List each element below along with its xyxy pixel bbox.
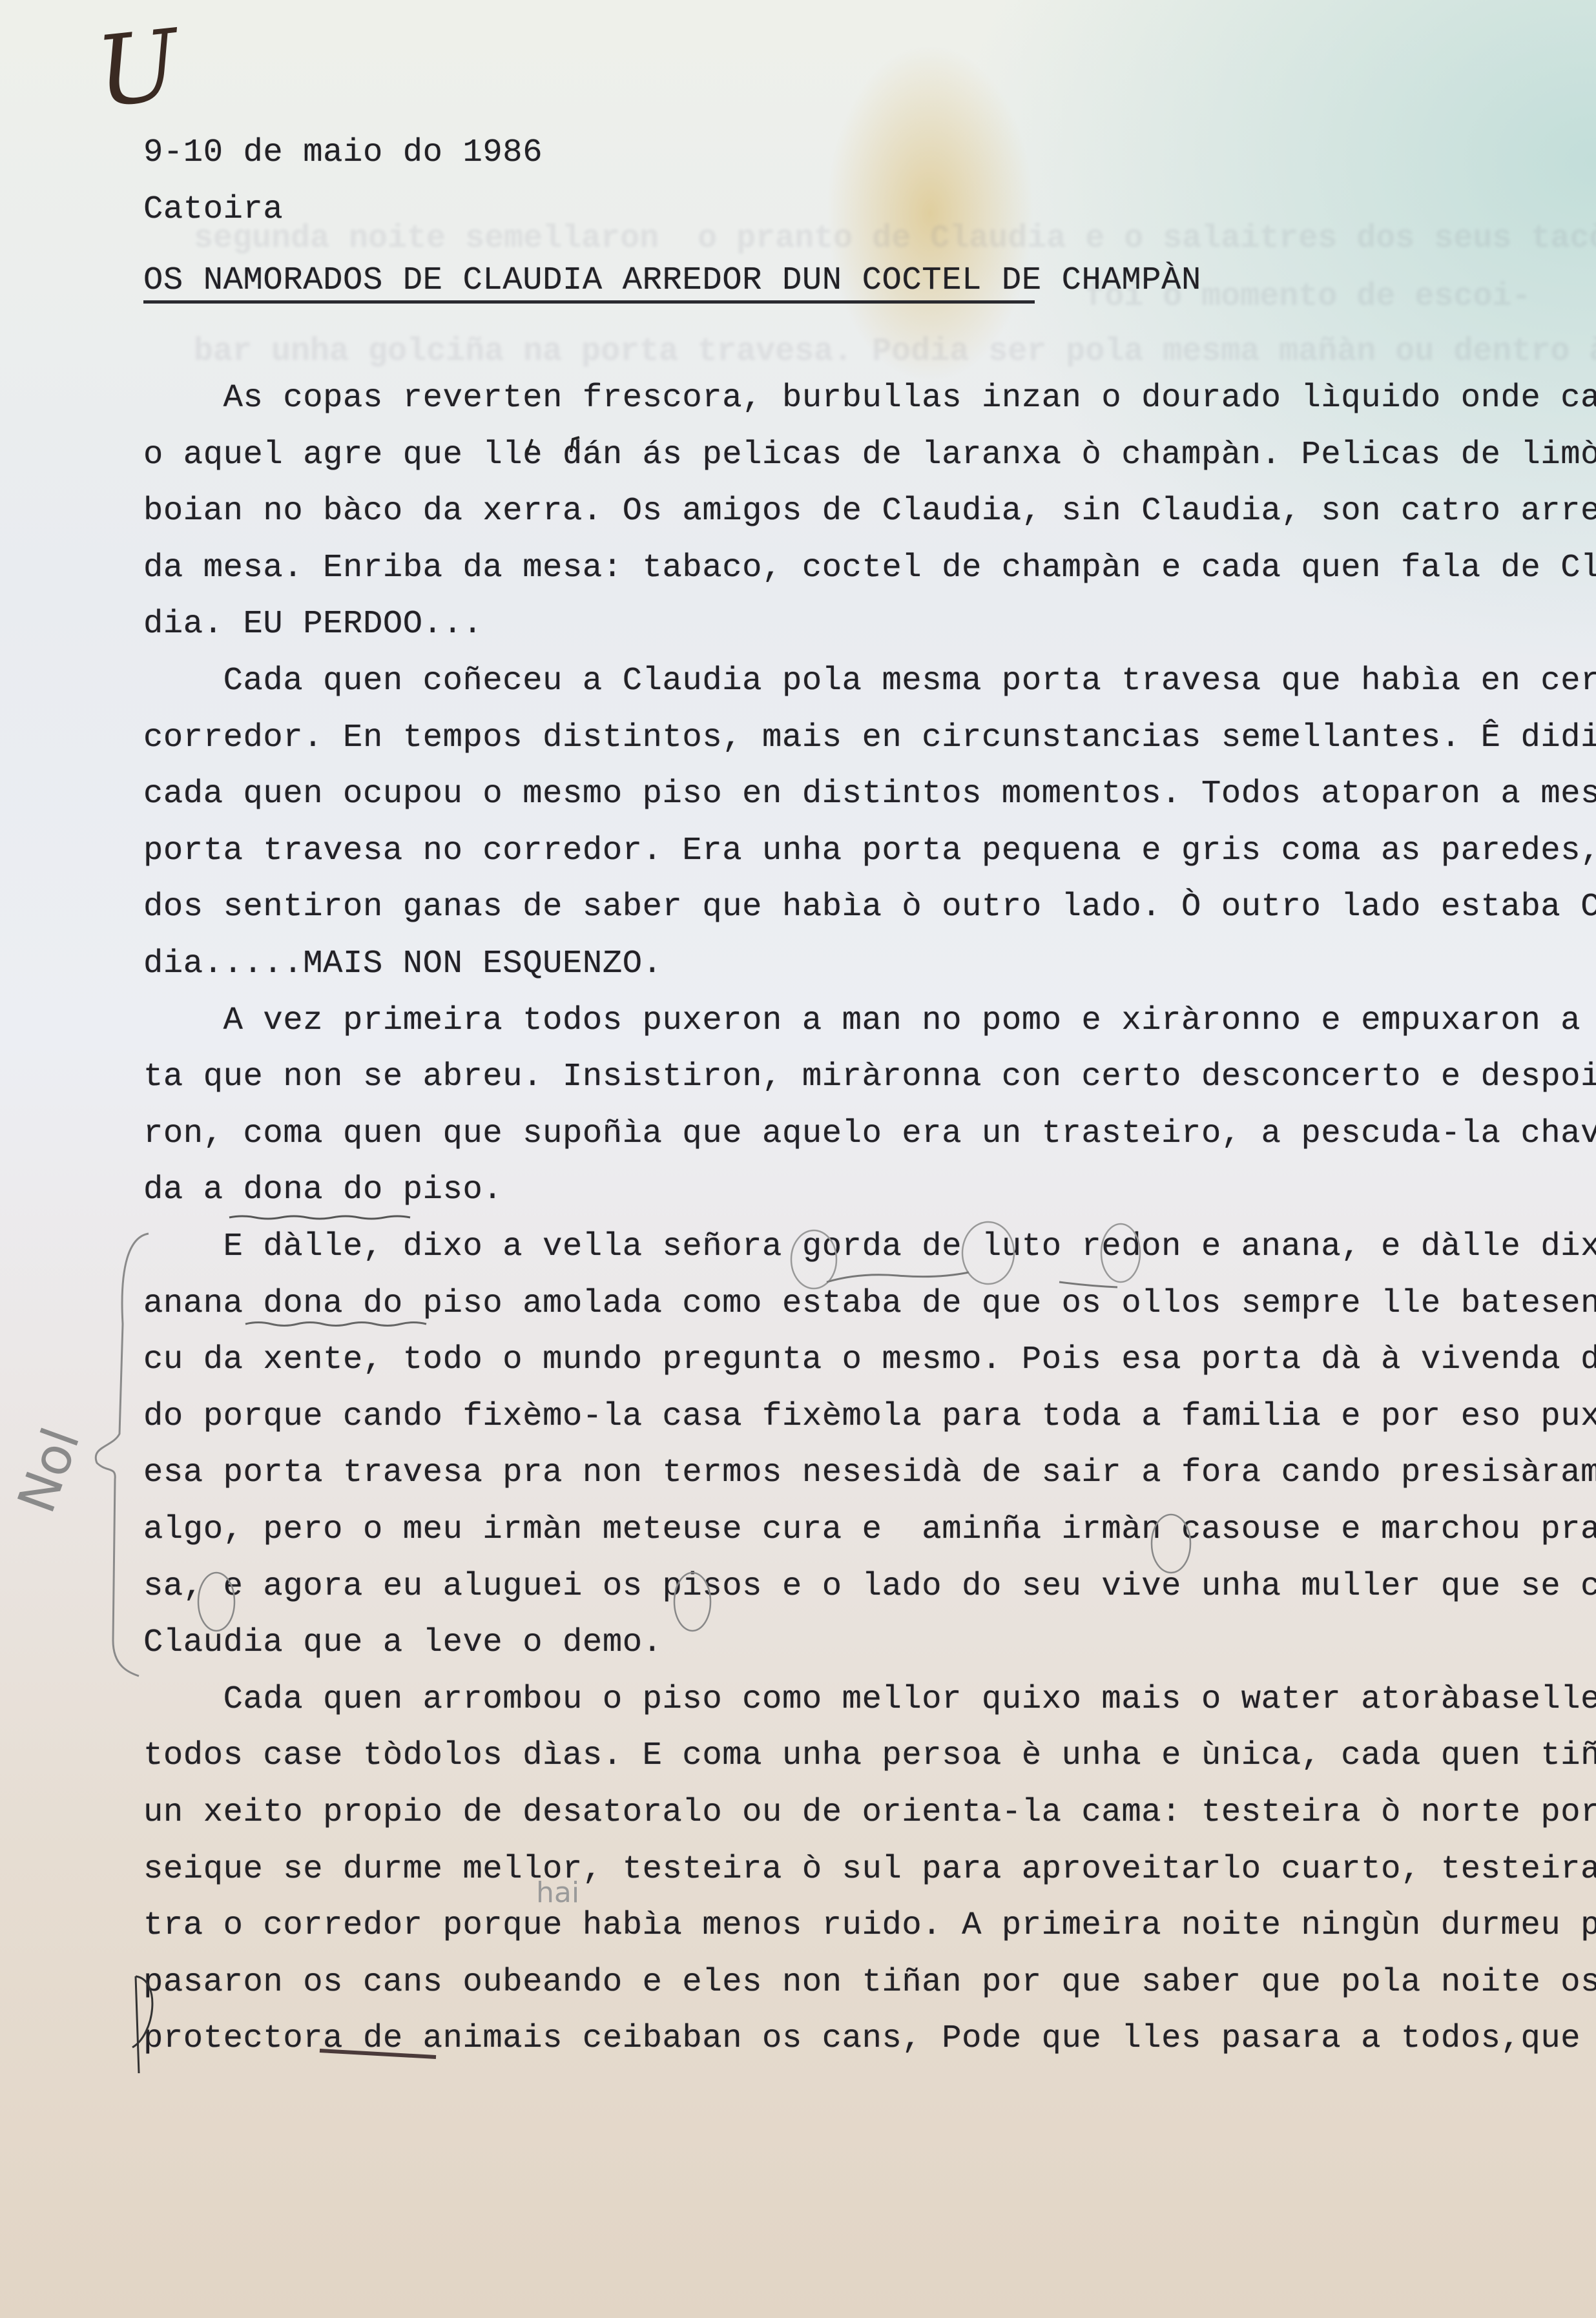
text-line: dos sentiron ganas de saber que habìa ò …	[143, 891, 1596, 924]
text-line: Cada quen coñeceu a Claudia pola mesma p…	[143, 665, 1596, 698]
bleed-through-text: segunda noite semellaron o pranto de Cla…	[194, 223, 1596, 255]
text-line: todos case tòdolos dìas. E coma unha per…	[143, 1740, 1596, 1773]
document-title: OS NAMORADOS DE CLAUDIA ARREDOR DUN COCT…	[143, 265, 1201, 298]
text-line: ta que non se abreu. Insistiron, miràron…	[143, 1061, 1596, 1094]
text-line: cu da xente, todo o mundo pregunta o mes…	[143, 1344, 1596, 1377]
handwritten-margin-note: Nol	[6, 1420, 91, 1520]
text-line: porta travesa no corredor. Era unha port…	[143, 835, 1596, 868]
text-line: do porque cando fixèmo-la casa fixèmola …	[143, 1401, 1596, 1434]
text-line: da mesa. Enriba da mesa: tabaco, coctel …	[143, 552, 1596, 585]
text-line: As copas reverten frescora, burbullas in…	[143, 382, 1596, 415]
text-line: esa porta travesa pra non termos nesesid…	[143, 1457, 1596, 1490]
text-line: tra o corredor porque habìa menos ruido.…	[143, 1910, 1596, 1943]
text-line: sa, e agora eu aluguei os pisos e o lado…	[143, 1571, 1596, 1604]
text-line: da a dona do piso.	[143, 1174, 503, 1207]
title-underline	[143, 300, 1035, 304]
text-line: dia.....MAIS NON ESQUENZO.	[143, 948, 663, 981]
text-line: A vez primeira todos puxeron a man no po…	[143, 1005, 1596, 1038]
text-line: dia. EU PERDOO...	[143, 608, 482, 641]
text-line: cada quen ocupou o mesmo piso en distint…	[143, 778, 1596, 811]
text-line: boian no bàco da xerra. Os amigos de Cla…	[143, 495, 1596, 528]
text-line: E dàlle, dixo a vella señora gorda de lu…	[143, 1231, 1596, 1264]
folio-mark: U	[91, 9, 184, 129]
handwritten-correction: hai	[536, 1876, 579, 1909]
text-line: protectora de animais ceibaban os cans, …	[143, 2023, 1596, 2056]
text-line: corredor. En tempos distintos, mais en c…	[143, 722, 1596, 755]
text-line: Cada quen arrombou o piso como mellor qu…	[143, 1684, 1596, 1717]
text-line: ron, coma quen que supoñìa que aquelo er…	[143, 1118, 1596, 1151]
text-line: un xeito propio de desatoralo ou de orie…	[143, 1797, 1596, 1830]
text-line: anana dona do piso amolada como estaba d…	[143, 1288, 1596, 1321]
text-line: o aquel agre que lle dán ás pelicas de l…	[143, 439, 1596, 472]
date-line: 9-10 de maio do 1986	[143, 137, 543, 170]
place-line: Catoira	[143, 194, 283, 227]
text-line: algo, pero o meu irmàn meteuse cura e am…	[143, 1514, 1596, 1547]
text-line: pasaron os cans oubeando e eles non tiña…	[143, 1967, 1596, 2000]
text-line: seique se durme mellor, testeira ò sul p…	[143, 1854, 1596, 1887]
typewritten-page: segunda noite semellaron o pranto de Cla…	[0, 0, 1596, 2318]
bleed-through-text: bar unha golciña na porta travesa. Podia…	[194, 336, 1596, 368]
text-line: Claudia que a leve o demo.	[143, 1627, 663, 1660]
